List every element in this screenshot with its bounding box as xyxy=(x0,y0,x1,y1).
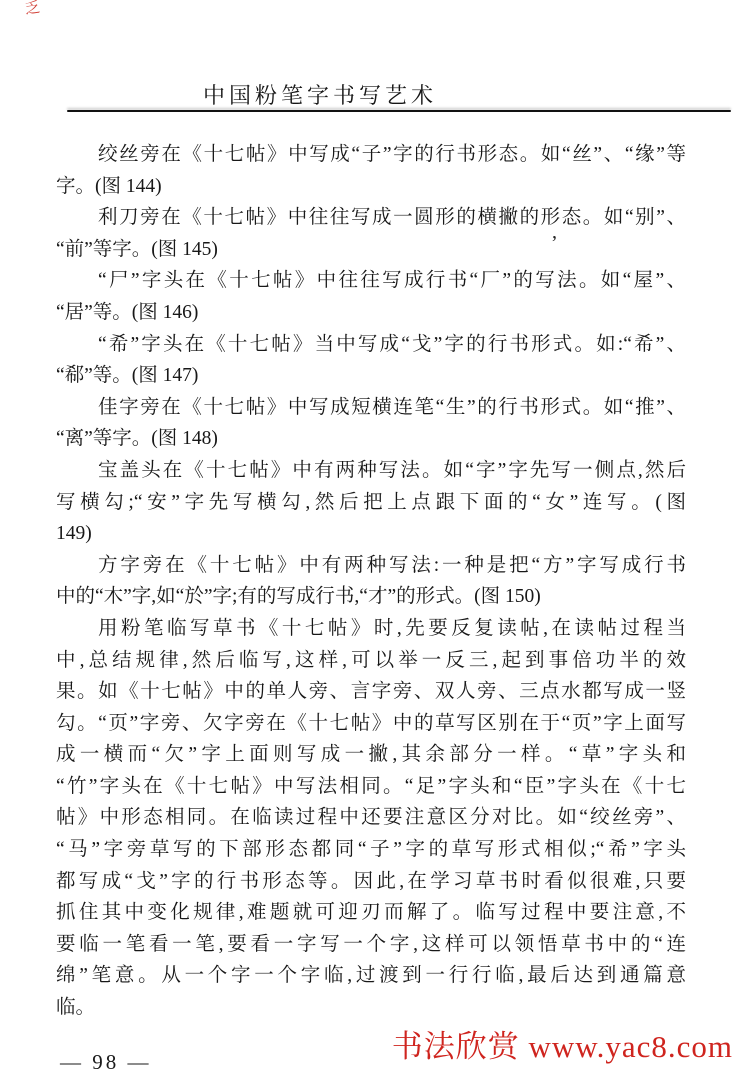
text-line: 临。 xyxy=(56,992,686,1024)
text-line: 佳字旁在《十七帖》中写成短横连笔“生”的行书形式。如“推”、 xyxy=(56,392,686,424)
header-rule xyxy=(67,110,731,112)
page-header-title: 中国粉笔字书写艺术 xyxy=(0,79,640,110)
text-line: 字。(图 144) xyxy=(56,171,686,203)
text-line: “竹”字头在《十七帖》中写法相同。“足”字头和“臣”字头在《十七 xyxy=(56,771,686,803)
text-line: 都写成“戈”字的行书形态等。因此,在学习草书时看似很难,只要 xyxy=(56,866,686,898)
book-page: 乏 中国粉笔字书写艺术 绞丝旁在《十七帖》中写成“子”字的行书形态。如“丝”、“… xyxy=(0,0,737,1086)
text-line: 要临一笔看一笔,要看一字写一个字,这样可以领悟草书中的“连 xyxy=(56,929,686,961)
body-text: 绞丝旁在《十七帖》中写成“子”字的行书形态。如“丝”、“缘”等字。(图 144)… xyxy=(56,139,686,1024)
text-line: “前”等字。(图 145) xyxy=(56,234,686,266)
corner-red-mark: 乏 xyxy=(24,0,41,18)
text-line: 中,总结规律,然后临写,这样,可以举一反三,起到事倍功半的效 xyxy=(56,645,686,677)
text-line: “希”字头在《十七帖》当中写成“戈”字的行书形式。如:“希”、 xyxy=(56,329,686,361)
text-line: 利刀旁在《十七帖》中往往写成一圆形的横撇的形态。如“别”、 xyxy=(56,202,686,234)
text-line: 抓住其中变化规律,难题就可迎刃而解了。临写过程中要注意,不 xyxy=(56,897,686,929)
text-line: 方字旁在《十七帖》中有两种写法:一种是把“方”字写成行书 xyxy=(56,550,686,582)
text-line: 中的“木”字,如“於”字;有的写成行书,“才”的形式。(图 150) xyxy=(56,581,686,613)
text-line: 149) xyxy=(56,518,686,550)
text-line: 用粉笔临写草书《十七帖》时,先要反复读帖,在读帖过程当 xyxy=(56,613,686,645)
text-line: 成一横而“欠”字上面则写成一撇,其余部分一样。“草”字头和 xyxy=(56,739,686,771)
text-line: “尸”字头在《十七帖》中往往写成行书“厂”的写法。如“屋”、 xyxy=(56,265,686,297)
text-line: 绞丝旁在《十七帖》中写成“子”字的行书形态。如“丝”、“缘”等 xyxy=(56,139,686,171)
text-line: 勾。“页”字旁、欠字旁在《十七帖》中的草写区别在于“页”字上面写 xyxy=(56,708,686,740)
text-line: 宝盖头在《十七帖》中有两种写法。如“字”字先写一侧点,然后 xyxy=(56,455,686,487)
text-line: 帖》中形态相同。在临读过程中还要注意区分对比。如“绞丝旁”、 xyxy=(56,802,686,834)
scan-artifact: ’ xyxy=(551,232,558,255)
text-line: “离”等字。(图 148) xyxy=(56,423,686,455)
text-line: 果。如《十七帖》中的单人旁、言字旁、双人旁、三点水都写成一竖 xyxy=(56,676,686,708)
text-line: “马”字旁草写的下部形态都同“子”字的草写形式相似;“希”字头 xyxy=(56,834,686,866)
text-line: “郗”等。(图 147) xyxy=(56,360,686,392)
text-line: 写横勾;“安”字先写横勾,然后把上点跟下面的“女”连写。(图 xyxy=(56,487,686,519)
page-number: — 98 — xyxy=(60,1050,152,1075)
text-line: “居”等。(图 146) xyxy=(56,297,686,329)
watermark-text: 书法欣赏 www.yac8.com xyxy=(392,1029,733,1065)
text-line: 绵”笔意。从一个字一个字临,过渡到一行行临,最后达到通篇意 xyxy=(56,960,686,992)
